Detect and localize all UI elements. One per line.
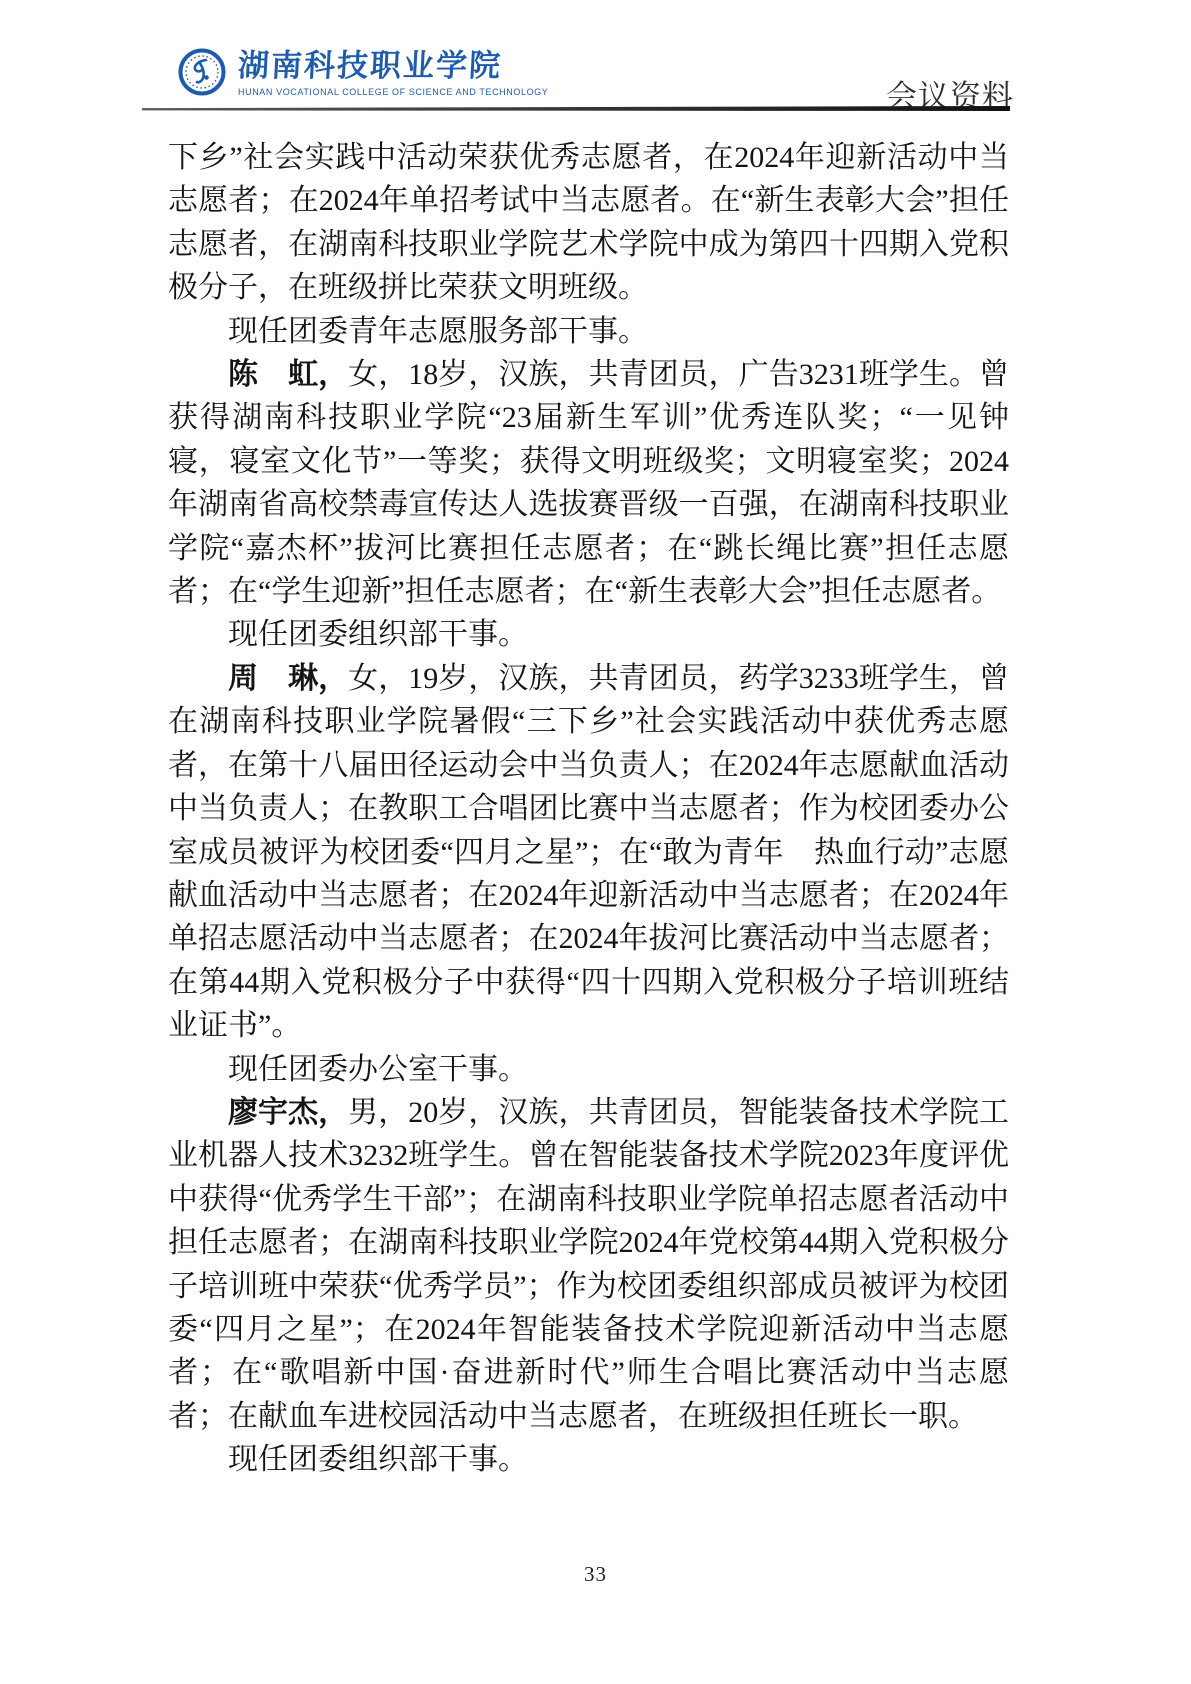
college-name-zh: 湖南科技职业学院	[237, 48, 549, 84]
college-logo-text: 湖南科技职业学院 HUNAN VOCATIONAL COLLEGE OF SCI…	[238, 48, 548, 97]
paragraph: 现任团委组织部干事。	[168, 613, 1009, 656]
paragraph: 现任团委组织部干事。	[168, 1438, 1009, 1481]
document-body: 下乡”社会实践中活动荣获优秀志愿者，在2024年迎新活动中当志愿者；在2024年…	[168, 136, 1009, 1482]
header-rule	[142, 106, 1010, 111]
document-page: 湖南科技职业学院 HUNAN VOCATIONAL COLLEGE OF SCI…	[0, 0, 1191, 1684]
paragraph: 下乡”社会实践中活动荣获优秀志愿者，在2024年迎新活动中当志愿者；在2024年…	[168, 136, 1009, 310]
paragraph: 陈 虹，女，18岁，汉族，共青团员，广告3231班学生。曾获得湖南科技职业学院“…	[168, 353, 1009, 613]
student-name: 周 琳，	[228, 662, 348, 695]
student-name: 陈 虹，	[228, 358, 348, 391]
college-name-en: HUNAN VOCATIONAL COLLEGE OF SCIENCE AND …	[238, 87, 548, 97]
college-seal-icon	[178, 48, 226, 96]
paragraph: 廖宇杰，男，20岁，汉族，共青团员，智能装备技术学院工业机器人技术3232班学生…	[168, 1091, 1009, 1438]
page-number: 33	[0, 1562, 1191, 1587]
college-logo: 湖南科技职业学院 HUNAN VOCATIONAL COLLEGE OF SCI…	[178, 48, 548, 97]
paragraph: 现任团委青年志愿服务部干事。	[168, 310, 1009, 353]
paragraph: 周 琳，女，19岁，汉族，共青团员，药学3233班学生，曾在湖南科技职业学院暑假…	[168, 657, 1009, 1048]
paragraph: 现任团委办公室干事。	[168, 1048, 1009, 1091]
student-name: 廖宇杰，	[228, 1096, 348, 1129]
